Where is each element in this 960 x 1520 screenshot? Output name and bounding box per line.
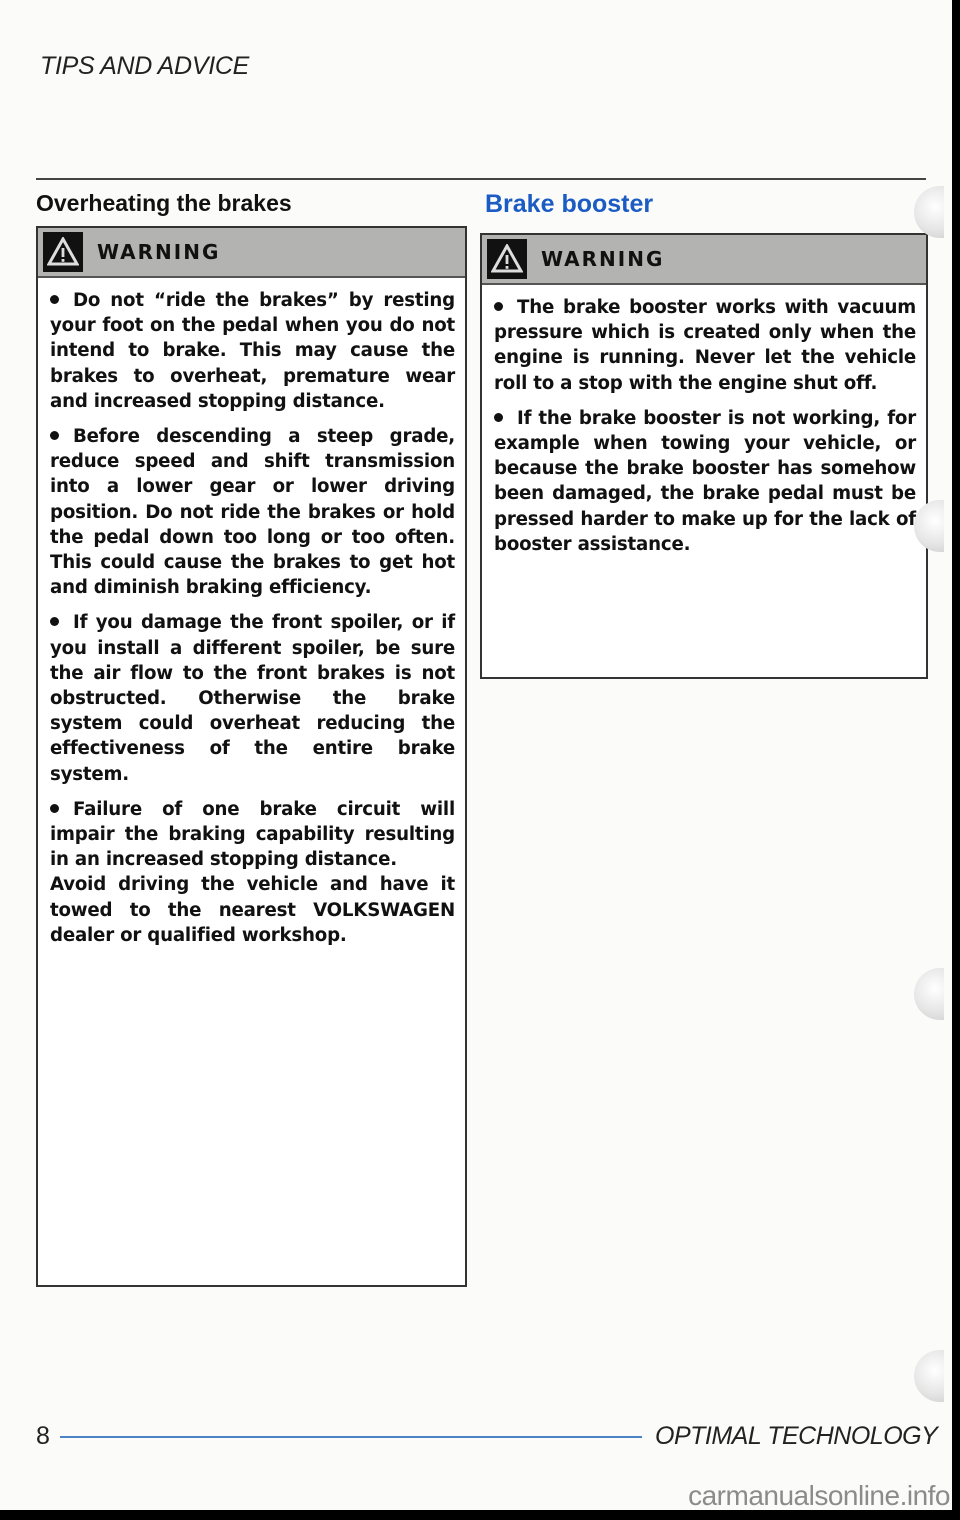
warning-header: WARNING (38, 228, 465, 278)
section-title-brake-booster: Brake booster (485, 190, 653, 219)
bullet-icon (50, 617, 59, 626)
scan-edge-right (952, 0, 960, 1520)
header-divider (36, 178, 926, 180)
warning-body: The brake booster works with vacuum pres… (482, 285, 926, 557)
thumb-index-tab (914, 968, 944, 1020)
warning-paragraph: If the brake booster is not working, for… (494, 406, 916, 557)
thumb-index-tab (914, 186, 944, 238)
warning-paragraph: Do not “ride the brakes” by resting your… (50, 288, 455, 414)
manual-page: TIPS AND ADVICE Overheating the brakes B… (0, 0, 952, 1510)
warning-paragraph: If you damage the front spoiler, or if y… (50, 610, 455, 786)
section-title-overheating: Overheating the brakes (36, 190, 292, 217)
warning-triangle-icon (487, 239, 527, 279)
bullet-icon (494, 413, 503, 422)
bullet-icon (50, 804, 59, 813)
bullet-icon (50, 295, 59, 304)
bullet-icon (494, 302, 503, 311)
warning-closing: Avoid driving the vehicle and have it to… (50, 872, 455, 948)
running-head: TIPS AND ADVICE (40, 52, 249, 81)
warning-box-overheating: WARNING Do not “ride the brakes” by rest… (36, 226, 467, 1287)
page-number: 8 (36, 1422, 50, 1451)
warning-label: WARNING (541, 247, 664, 271)
watermark: carmanualsonline.info (688, 1480, 950, 1512)
chapter-title: OPTIMAL TECHNOLOGY (655, 1422, 937, 1451)
bullet-icon (50, 431, 59, 440)
footer-rule (60, 1436, 642, 1438)
warning-box-brake-booster: WARNING The brake booster works with vac… (480, 233, 928, 679)
warning-header: WARNING (482, 235, 926, 285)
warning-triangle-icon (43, 232, 83, 272)
warning-paragraph: Failure of one brake circuit will impair… (50, 797, 455, 873)
warning-label: WARNING (97, 240, 220, 264)
warning-body: Do not “ride the brakes” by resting your… (38, 278, 465, 948)
thumb-index-tab (914, 1350, 944, 1402)
warning-paragraph: Before descending a steep grade, reduce … (50, 424, 455, 600)
warning-paragraph: The brake booster works with vacuum pres… (494, 295, 916, 396)
